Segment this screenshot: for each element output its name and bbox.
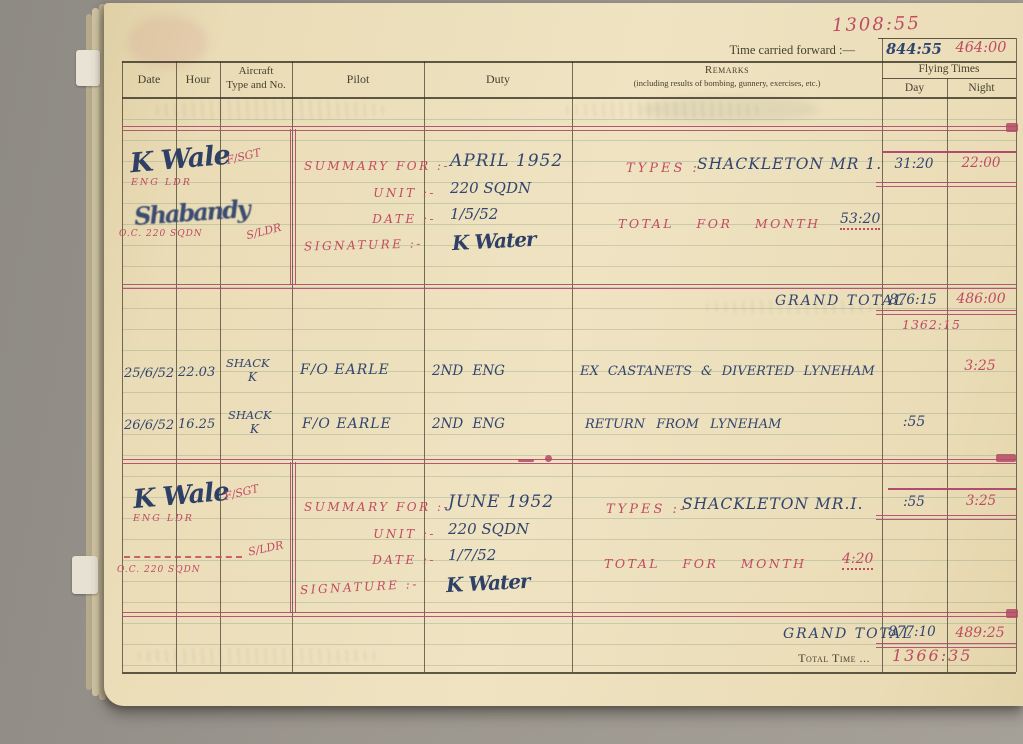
red-ink-blot bbox=[996, 454, 1016, 462]
col-header-duty: Duty bbox=[425, 72, 571, 87]
red-ink-dash bbox=[518, 459, 534, 462]
flight-row-aircraft-no: K bbox=[248, 370, 257, 384]
red-times-box-top bbox=[882, 151, 1016, 153]
total-time-label: Total Time ... bbox=[700, 651, 870, 666]
april-day-total: 31:20 bbox=[884, 156, 944, 172]
april-date-label: DATE :- bbox=[304, 212, 436, 226]
june-unit-label: UNIT :- bbox=[304, 527, 436, 541]
june-total-for-month-value: 4:20 bbox=[842, 551, 873, 570]
flight-row-duty: 2ND ENG bbox=[432, 363, 505, 379]
running-total-value: 1308:55 bbox=[832, 13, 921, 36]
col-header-night: Night bbox=[948, 82, 1015, 94]
june-period-value: JUNE 1952 bbox=[448, 492, 554, 512]
flight-row-pilot: F/O EARLE bbox=[300, 362, 390, 378]
flight-row-remarks: RETURN FROM LYNEHAM bbox=[585, 417, 781, 432]
red-rule bbox=[122, 126, 1016, 131]
april-unit-label: UNIT :- bbox=[304, 186, 436, 200]
carried-forward-label: Time carried forward :— bbox=[650, 43, 855, 58]
june-types-value: SHACKLETON MR.I. bbox=[682, 495, 863, 513]
table-border-right bbox=[1016, 38, 1017, 672]
col-header-flying-times: Flying Times bbox=[883, 63, 1015, 75]
grand-total-april-day: 876:15 bbox=[882, 292, 944, 308]
june-date-value: 1/7/52 bbox=[448, 546, 496, 564]
red-ink-dot bbox=[545, 455, 552, 462]
red-ink-blot bbox=[1006, 123, 1018, 132]
april-types-label: TYPES :- bbox=[626, 161, 707, 176]
red-summary-divider bbox=[290, 129, 296, 285]
april-types-value: SHACKLETON MR 1. bbox=[697, 155, 882, 173]
flight-row-aircraft-type: SHACK bbox=[228, 408, 272, 422]
red-rule bbox=[122, 612, 1016, 617]
grand-total-june-night: 489:25 bbox=[946, 625, 1014, 641]
col-line-day-night bbox=[947, 78, 948, 672]
flight-row-hour: 16.25 bbox=[178, 417, 215, 432]
april-co-role: O.C. 220 SQDN bbox=[119, 229, 203, 239]
red-ink-blot bbox=[1006, 609, 1018, 618]
june-date-label: DATE :- bbox=[304, 553, 436, 567]
red-rule bbox=[122, 459, 1016, 464]
col-header-pilot: Pilot bbox=[293, 72, 423, 87]
table-bottom-line bbox=[122, 672, 1016, 674]
col-header-remarks-line1: Remarks bbox=[574, 64, 880, 76]
june-unit-value: 220 SQDN bbox=[448, 520, 529, 538]
april-unit-value: 220 SQDN bbox=[450, 179, 531, 197]
flight-row-duty: 2ND ENG bbox=[432, 416, 505, 432]
red-times-underline bbox=[876, 182, 1016, 187]
june-summary-label: SUMMARY FOR :- bbox=[304, 500, 450, 514]
table-border-left bbox=[122, 61, 123, 672]
col-line-pilot-duty bbox=[424, 61, 425, 672]
col-line-remarks-day bbox=[882, 38, 883, 672]
col-header-hour: Hour bbox=[177, 72, 219, 87]
june-signature-value: K Water bbox=[445, 569, 530, 597]
red-times-underline bbox=[876, 515, 1016, 520]
flying-times-subline bbox=[882, 78, 1016, 79]
june-total-for-month-label: TOTAL FOR MONTH bbox=[604, 556, 807, 571]
page-tab bbox=[72, 556, 98, 594]
june-day-total: :55 bbox=[884, 494, 944, 510]
flight-row-date: 26/6/52 bbox=[124, 418, 174, 433]
col-header-aircraft-line1: Aircraft bbox=[221, 65, 291, 77]
flight-row-date: 25/6/52 bbox=[124, 366, 174, 381]
red-dashed-line bbox=[124, 556, 242, 558]
flight-row-pilot: F/O EARLE bbox=[302, 416, 392, 432]
flight-row-aircraft-no: K bbox=[250, 422, 259, 436]
flight-row-hour: 22.03 bbox=[178, 365, 215, 380]
april-summary-label: SUMMARY FOR :- bbox=[304, 159, 450, 173]
red-grand-total-underline bbox=[876, 310, 1016, 315]
june-officer-role: ENG LDR bbox=[133, 513, 194, 524]
april-total-for-month-value: 53:20 bbox=[840, 211, 880, 230]
april-period-value: APRIL 1952 bbox=[450, 151, 563, 171]
flight-row-day-time: :55 bbox=[886, 414, 942, 430]
april-date-value: 1/5/52 bbox=[450, 205, 498, 223]
flight-row-remarks: EX CASTANETS & DIVERTED LYNEHAM bbox=[580, 364, 875, 379]
flight-row-night-time: 3:25 bbox=[950, 358, 1010, 374]
red-summary-divider bbox=[290, 462, 296, 613]
grand-total-june-day: 877:10 bbox=[880, 624, 944, 640]
grand-total-april-night: 486:00 bbox=[948, 291, 1014, 307]
april-officer-role: ENG LDR bbox=[131, 177, 192, 188]
april-night-total: 22:00 bbox=[949, 155, 1013, 171]
june-co-role: O.C. 220 SQDN bbox=[117, 565, 201, 575]
grand-total-april-combined: 1362:15 bbox=[902, 317, 961, 332]
col-line-duty-remarks bbox=[572, 61, 573, 672]
col-header-day: Day bbox=[883, 82, 946, 94]
col-header-aircraft-line2: Type and No. bbox=[221, 79, 291, 91]
carried-box-top-line bbox=[878, 38, 1016, 39]
red-times-box-top bbox=[888, 488, 1016, 490]
red-rule bbox=[122, 284, 1016, 289]
carried-forward-day-value: 844:55 bbox=[884, 41, 944, 58]
june-types-label: TYPES :- bbox=[606, 502, 687, 517]
page-tab bbox=[76, 50, 100, 86]
april-signature-value: K Water bbox=[451, 227, 536, 255]
flight-row-aircraft-type: SHACK bbox=[226, 356, 270, 370]
april-total-for-month-label: TOTAL FOR MONTH bbox=[618, 216, 821, 231]
total-time-value: 1366:35 bbox=[892, 646, 972, 665]
col-header-date: Date bbox=[124, 72, 174, 87]
col-header-remarks-line2: (including results of bombing, gunnery, … bbox=[574, 78, 880, 88]
june-night-total: 3:25 bbox=[949, 493, 1013, 509]
carried-forward-night-value: 464:00 bbox=[950, 40, 1012, 56]
